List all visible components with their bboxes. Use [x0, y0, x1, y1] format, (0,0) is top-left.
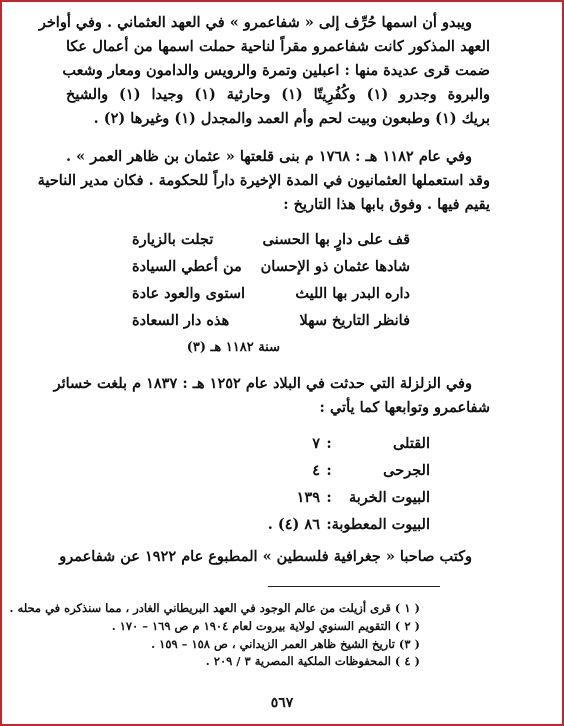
loss-colon: : [320, 434, 338, 454]
loss-row-killed: القتلى : ٧ [312, 434, 430, 454]
poem-hemistich-second: من أعطي السيادة [132, 257, 242, 277]
paragraph-4-line-1: وكتب صاحبا « جغرافية فلسطين » المطبوع عا… [66, 547, 472, 567]
paragraph-1-line-3: ضمت قرى عديدة منها : اعبلين وتمرة والروي… [66, 61, 490, 81]
poem-hemistich-first: قف على دارٍ بها الحسنى [263, 230, 411, 250]
paragraph-3-line-2: شفاعمرو وتوابعها كما يأتي : [320, 398, 490, 418]
loss-value: ٧ [312, 434, 320, 454]
footnote-2: ( ٢ ) التقويم السنوي لولاية بيروت لعام ١… [112, 618, 420, 634]
poem-hemistich-first: شادها عثمان ذو الإحسان [261, 257, 410, 277]
loss-label: البيوت الخربة [338, 488, 430, 508]
loss-row-destroyed-houses: البيوت الخربة : ١٣٩ [297, 488, 430, 508]
poem-hemistich-first: داره البدر بها الليث [295, 284, 410, 304]
loss-row-wounded: الجرحى : ٤ [312, 461, 430, 481]
loss-row-damaged-houses: البيوت المعطوبة : ٨٦ (٤) . [268, 515, 430, 535]
document-page: ويبدو أن اسمها حُرِّف إلى « شفاعمرو » في… [0, 0, 564, 726]
paragraph-1-line-4: والبروة وجدرو (١) وكُفُرِيتّا (١) وحارثي… [66, 85, 490, 105]
paragraph-2-line-2: وقد استعملها العثمانيون في المدة الإخيرة… [66, 171, 490, 191]
poem-verse-4: فانظر التاريخ سهلا هذه دار السعادة [132, 311, 410, 331]
poem-hemistich-second: استوى والعود عادة [132, 284, 245, 304]
footnote-4: ( ٤ ) المحفوظات الملكية المصرية ٣ / ٢٠٩ … [206, 653, 420, 669]
poem-verse-2: شادها عثمان ذو الإحسان من أعطي السيادة [132, 257, 410, 277]
poem-verse-3: داره البدر بها الليث استوى والعود عادة [132, 284, 410, 304]
poem-hemistich-second: هذه دار السعادة [132, 311, 229, 331]
paragraph-3-line-1: وفي الزلزلة التي حدثت في البلاد عام ١٢٥٢… [66, 374, 472, 394]
footnote-3: ( ٣) تاريخ الشيخ ظاهر العمر الزيداني ، ص… [151, 636, 420, 652]
loss-label: البيوت المعطوبة [338, 515, 430, 535]
poem-hemistich-first: فانظر التاريخ سهلا [300, 311, 411, 331]
loss-label: الجرحى [338, 461, 430, 481]
loss-colon: : [320, 488, 338, 508]
loss-colon: : [320, 461, 338, 481]
paragraph-1-line-2: العهد المذكور كانت شفاعمرو مقراً لناحية … [66, 37, 490, 57]
page-number: ٥٦٧ [2, 695, 562, 711]
loss-label: القتلى [338, 434, 430, 454]
loss-value: ١٣٩ [297, 488, 320, 508]
paragraph-1-line-5: بريك (١) وطبعون وبيت لحم وأم العمد والمج… [66, 109, 490, 129]
paragraph-1-line-1: ويبدو أن اسمها حُرِّف إلى « شفاعمرو » في… [66, 13, 472, 33]
poem-verse-1: قف على دارٍ بها الحسنى تجلت بالزيارة [132, 230, 410, 250]
loss-value: ٨٦ (٤) . [268, 515, 320, 535]
footnote-divider [268, 586, 440, 587]
paragraph-2-line-1: وفي عام ١١٨٢ هـ : ١٧٦٨ م بنى قلعتها « عث… [66, 147, 472, 167]
poem-date: سنة ١١٨٢ هـ (٣) [187, 338, 280, 358]
paragraph-2-line-3: يقيم فيها . وفوق بابها هذا التاريخ : [66, 195, 490, 215]
poem-hemistich-second: تجلت بالزيارة [132, 230, 213, 250]
loss-colon: : [320, 515, 338, 535]
footnote-1: ( ١ ) قرى أزيلت من عالم الوجود في العهد … [10, 600, 420, 616]
loss-value: ٤ [312, 461, 320, 481]
